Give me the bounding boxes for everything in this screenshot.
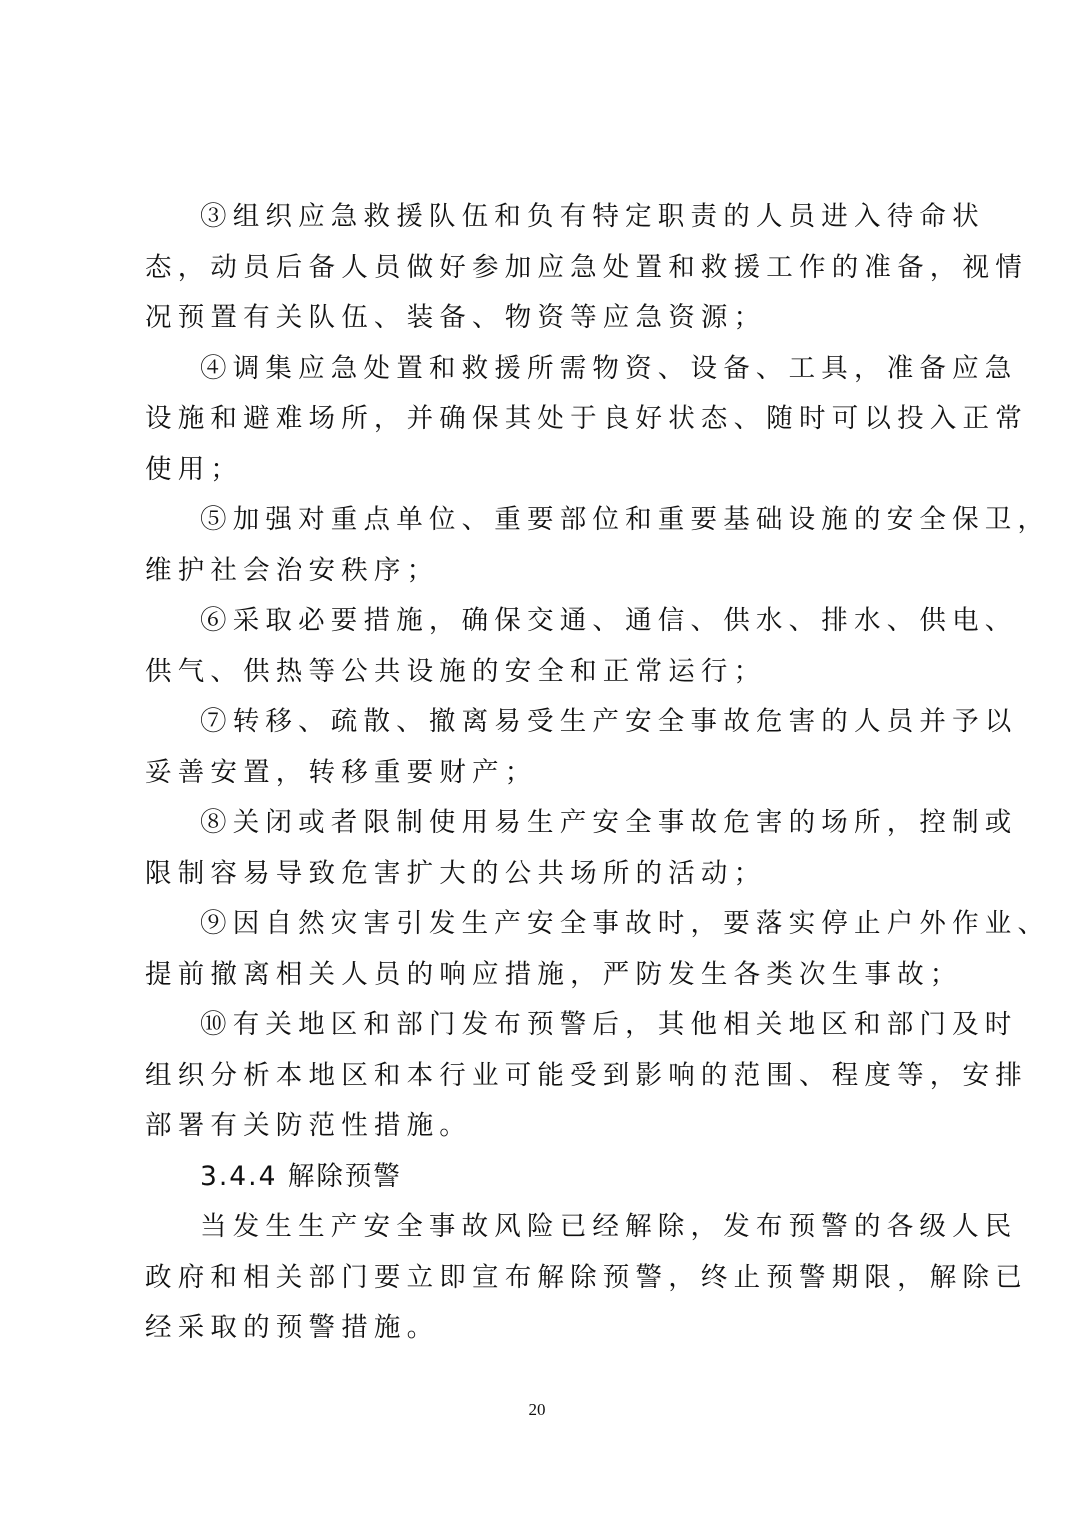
text-line: 供气、供热等公共设施的安全和正常运行； <box>145 647 935 698</box>
section-heading: 3.4.4 解除预警 <box>145 1152 935 1203</box>
text-line: 限制容易导致危害扩大的公共场所的活动； <box>145 849 935 900</box>
text-line: ③组织应急救援队伍和负有特定职责的人员进入待命状 <box>145 192 935 243</box>
text-line: 部署有关防范性措施。 <box>145 1101 935 1152</box>
text-line: 组织分析本地区和本行业可能受到影响的范围、程度等，安排 <box>145 1051 935 1102</box>
text-line: ④调集应急处置和救援所需物资、设备、工具，准备应急 <box>145 344 935 395</box>
text-line: 当发生生产安全事故风险已经解除，发布预警的各级人民 <box>145 1202 935 1253</box>
document-page: ③组织应急救援队伍和负有特定职责的人员进入待命状 态，动员后备人员做好参加应急处… <box>0 0 1074 1520</box>
text-line: 态，动员后备人员做好参加应急处置和救援工作的准备，视情 <box>145 243 935 294</box>
text-line: ⑨因自然灾害引发生产安全事故时，要落实停止户外作业、 <box>145 899 935 950</box>
page-number: 20 <box>0 1400 1074 1420</box>
paragraph-item-4: ④调集应急处置和救援所需物资、设备、工具，准备应急 设施和避难场所，并确保其处于… <box>145 344 935 496</box>
paragraph-item-8: ⑧关闭或者限制使用易生产安全事故危害的场所，控制或 限制容易导致危害扩大的公共场… <box>145 798 935 899</box>
text-line: ⑩有关地区和部门发布预警后，其他相关地区和部门及时 <box>145 1000 935 1051</box>
document-body: ③组织应急救援队伍和负有特定职责的人员进入待命状 态，动员后备人员做好参加应急处… <box>145 192 935 1354</box>
text-line: 况预置有关队伍、装备、物资等应急资源； <box>145 293 935 344</box>
text-line: ⑥采取必要措施，确保交通、通信、供水、排水、供电、 <box>145 596 935 647</box>
paragraph-item-7: ⑦转移、疏散、撤离易受生产安全事故危害的人员并予以 妥善安置，转移重要财产； <box>145 697 935 798</box>
paragraph-item-9: ⑨因自然灾害引发生产安全事故时，要落实停止户外作业、 提前撤离相关人员的响应措施… <box>145 899 935 1000</box>
text-line: 提前撤离相关人员的响应措施，严防发生各类次生事故； <box>145 950 935 1001</box>
paragraph-item-5: ⑤加强对重点单位、重要部位和重要基础设施的安全保卫， 维护社会治安秩序； <box>145 495 935 596</box>
text-line: 设施和避难场所，并确保其处于良好状态、随时可以投入正常 <box>145 394 935 445</box>
paragraph-item-3: ③组织应急救援队伍和负有特定职责的人员进入待命状 态，动员后备人员做好参加应急处… <box>145 192 935 344</box>
text-line: ⑧关闭或者限制使用易生产安全事故危害的场所，控制或 <box>145 798 935 849</box>
section-paragraph: 当发生生产安全事故风险已经解除，发布预警的各级人民 政府和相关部门要立即宣布解除… <box>145 1202 935 1354</box>
text-line: 政府和相关部门要立即宣布解除预警，终止预警期限，解除已 <box>145 1253 935 1304</box>
text-line: 经采取的预警措施。 <box>145 1303 935 1354</box>
text-line: 维护社会治安秩序； <box>145 546 935 597</box>
paragraph-item-10: ⑩有关地区和部门发布预警后，其他相关地区和部门及时 组织分析本地区和本行业可能受… <box>145 1000 935 1152</box>
text-line: 妥善安置，转移重要财产； <box>145 748 935 799</box>
paragraph-item-6: ⑥采取必要措施，确保交通、通信、供水、排水、供电、 供气、供热等公共设施的安全和… <box>145 596 935 697</box>
text-line: ⑦转移、疏散、撤离易受生产安全事故危害的人员并予以 <box>145 697 935 748</box>
text-line: 使用； <box>145 445 935 496</box>
text-line: ⑤加强对重点单位、重要部位和重要基础设施的安全保卫， <box>145 495 935 546</box>
